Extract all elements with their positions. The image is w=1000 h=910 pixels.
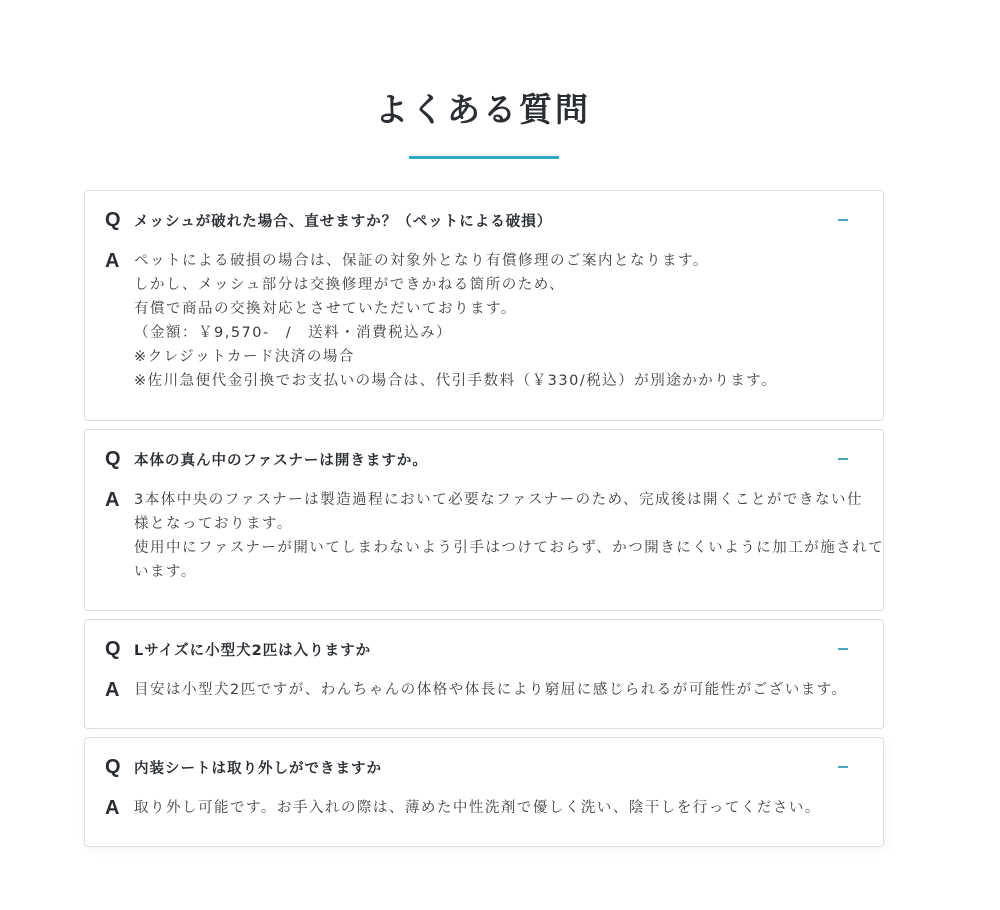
faq-answer: A 3本体中央のファスナーは製造過程において必要なファスナーのため、完成後は開く… [85,488,883,608]
faq-page: よくある質問 Q メッシュが破れた場合、直せますか？（ペットによる破損） A ペ… [0,0,1000,910]
answer-line: 有償で商品の交換対応とさせていただいております。 [134,297,777,321]
faq-question-toggle[interactable]: Q メッシュが破れた場合、直せますか？（ペットによる破損） [85,191,883,249]
answer-line: ※佐川急便代金引換でお支払いの場合は、代引手数料（￥330/税込）が別途かかりま… [134,369,777,393]
minus-icon[interactable] [838,458,848,460]
question-marker: Q [105,756,134,779]
faq-answer: A ペットによる破損の場合は、保証の対象外となり有償修理のご案内となります。 し… [85,249,883,417]
faq-question-toggle[interactable]: Q 内装シートは取り外しができますか [85,738,883,796]
answer-line: います。 [134,560,884,584]
faq-list: Q メッシュが破れた場合、直せますか？（ペットによる破損） A ペットによる破損… [84,190,884,855]
answer-line: 目安は小型犬2匹ですが、わんちゃんの体格や体長により窮屈に感じられるが可能性がご… [134,678,848,702]
faq-item: Q 本体の真ん中のファスナーは開きますか。 A 3本体中央のファスナーは製造過程… [84,429,884,611]
faq-item: Q Lサイズに小型犬2匹は入りますか A 目安は小型犬2匹ですが、わんちゃんの体… [84,619,884,729]
question-text: Lサイズに小型犬2匹は入りますか [134,639,371,660]
answer-line: 3本体中央のファスナーは製造過程において必要なファスナーのため、完成後は開くこと… [134,488,884,512]
question-text: メッシュが破れた場合、直せますか？（ペットによる破損） [134,210,552,231]
faq-question-toggle[interactable]: Q Lサイズに小型犬2匹は入りますか [85,620,883,678]
minus-icon[interactable] [838,648,848,650]
answer-line: 様となっております。 [134,512,884,536]
answer-marker: A [105,249,134,273]
answer-text: 3本体中央のファスナーは製造過程において必要なファスナーのため、完成後は開くこと… [134,488,884,584]
faq-item: Q 内装シートは取り外しができますか A 取り外し可能です。お手入れの際は、薄め… [84,737,884,847]
minus-icon[interactable] [838,766,848,768]
answer-line: 使用中にファスナーが開いてしまわないよう引手はつけておらず、かつ開きにくいように… [134,536,884,560]
faq-item: Q メッシュが破れた場合、直せますか？（ペットによる破損） A ペットによる破損… [84,190,884,421]
answer-text: 目安は小型犬2匹ですが、わんちゃんの体格や体長により窮屈に感じられるが可能性がご… [134,678,848,702]
answer-line: ※クレジットカード決済の場合 [134,345,777,369]
question-marker: Q [105,209,134,232]
question-text: 内装シートは取り外しができますか [134,757,382,778]
question-marker: Q [105,448,134,471]
faq-question-toggle[interactable]: Q 本体の真ん中のファスナーは開きますか。 [85,430,883,488]
answer-marker: A [105,678,134,702]
answer-line: （金額：￥9,570- / 送料・消費税込み） [134,321,777,345]
answer-line: しかし、メッシュ部分は交換修理ができかねる箇所のため、 [134,273,777,297]
question-marker: Q [105,638,134,661]
answer-marker: A [105,796,134,820]
minus-icon[interactable] [838,219,848,221]
faq-answer: A 取り外し可能です。お手入れの際は、薄めた中性洗剤で優しく洗い、陰干しを行って… [85,796,883,844]
answer-line: ペットによる破損の場合は、保証の対象外となり有償修理のご案内となります。 [134,249,777,273]
title-underline [409,156,559,159]
answer-text: 取り外し可能です。お手入れの際は、薄めた中性洗剤で優しく洗い、陰干しを行ってくだ… [134,796,821,820]
answer-line: 取り外し可能です。お手入れの際は、薄めた中性洗剤で優しく洗い、陰干しを行ってくだ… [134,796,821,820]
page-title: よくある質問 [0,88,966,132]
faq-answer: A 目安は小型犬2匹ですが、わんちゃんの体格や体長により窮屈に感じられるが可能性… [85,678,883,726]
answer-marker: A [105,488,134,512]
question-text: 本体の真ん中のファスナーは開きますか。 [134,449,428,470]
answer-text: ペットによる破損の場合は、保証の対象外となり有償修理のご案内となります。 しかし… [134,249,777,393]
